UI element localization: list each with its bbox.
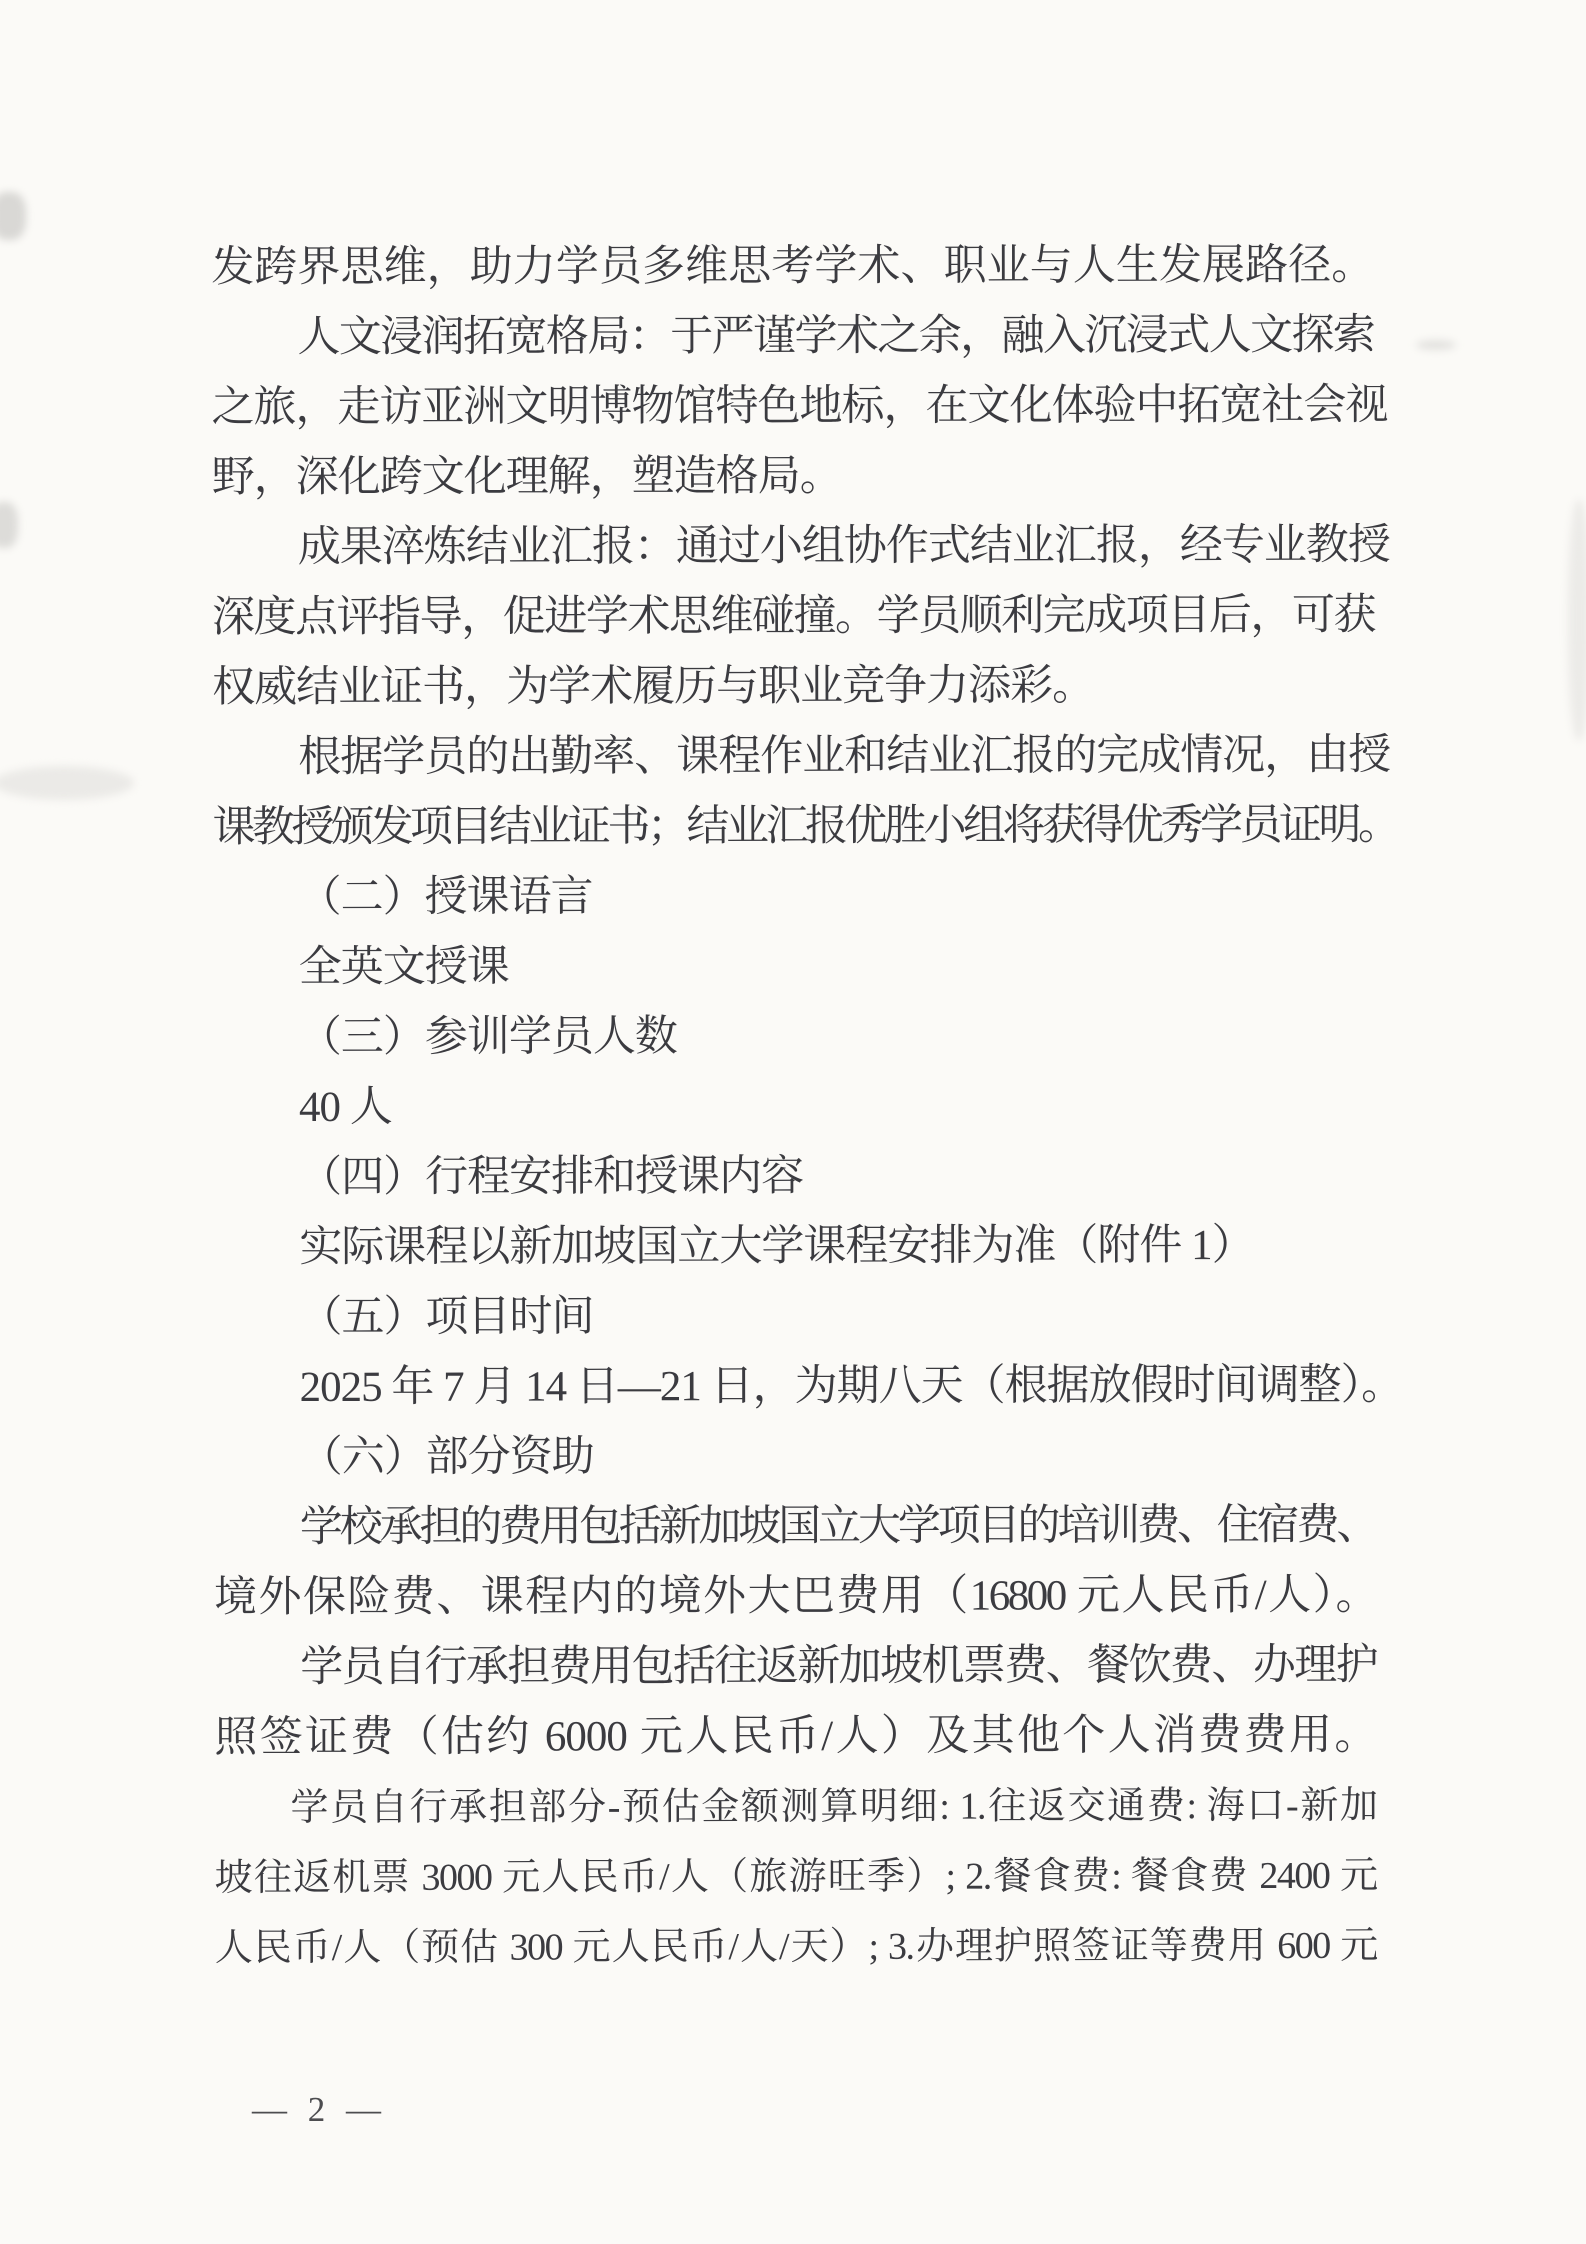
document-body: 发跨界思维，助力学员多维思考学术、职业与人生发展路径。 人文浸润拓宽格局：于严谨… (211, 231, 1377, 1983)
section-heading-3: （三）参训学员人数 (213, 1001, 1375, 1073)
scan-smudge (1416, 340, 1456, 350)
text-line: 之旅，走访亚洲文明博物馆特色地标，在文化体验中拓宽社会视 (211, 371, 1373, 443)
text-line: 发跨界思维，助力学员多维思考学术、职业与人生发展路径。 (211, 231, 1373, 303)
page-number: — 2 — (252, 2088, 387, 2132)
document-page: 发跨界思维，助力学员多维思考学术、职业与人生发展路径。 人文浸润拓宽格局：于严谨… (0, 0, 1586, 2244)
text-line: 照签证费（估约 6000 元人民币/人）及其他个人消费费用。 (214, 1701, 1376, 1773)
text-line: 境外保险费、课程内的境外大巴费用（16800 元人民币/人）。 (214, 1561, 1376, 1633)
scan-smudge (0, 766, 134, 800)
text-line: 2025 年 7 月 14 日—21 日，为期八天（根据放假时间调整）。 (214, 1351, 1376, 1423)
scan-smudge (0, 192, 26, 240)
text-line: 学校承担的费用包括新加坡国立大学项目的培训费、住宿费、 (214, 1491, 1376, 1563)
text-line: 权威结业证书，为学术履历与职业竞争力添彩。 (212, 651, 1374, 723)
text-line: 野，深化跨文化理解，塑造格局。 (212, 441, 1374, 513)
scan-smudge (1568, 500, 1586, 740)
text-line: 学员自行承担费用包括往返新加坡机票费、餐饮费、办理护 (214, 1631, 1376, 1703)
section-heading-5: （五）项目时间 (213, 1281, 1375, 1353)
text-line: 根据学员的出勤率、课程作业和结业汇报的完成情况，由授 (212, 721, 1374, 793)
text-line: 成果淬炼结业汇报：通过小组协作式结业汇报，经专业教授 (212, 511, 1374, 583)
section-heading-6: （六）部分资助 (214, 1421, 1376, 1493)
text-line: 人文浸润拓宽格局：于严谨学术之余，融入沉浸式人文探索 (211, 301, 1373, 373)
text-line: 坡往返机票 3000 元人民币/人（旅游旺季）; 2.餐食费: 餐食费 2400… (215, 1841, 1377, 1913)
text-line: 人民币/人（预估 300 元人民币/人/天）; 3.办理护照签证等费用 600 … (215, 1911, 1377, 1983)
section-heading-2: （二）授课语言 (212, 861, 1374, 933)
text-line: 深度点评指导，促进学术思维碰撞。学员顺利完成项目后，可获 (212, 581, 1374, 653)
section-heading-4: （四）行程安排和授课内容 (213, 1141, 1375, 1213)
text-line: 学员自行承担部分-预估金额测算明细: 1.往返交通费: 海口-新加 (214, 1771, 1376, 1843)
text-line: 课教授颁发项目结业证书；结业汇报优胜小组将获得优秀学员证明。 (212, 791, 1374, 863)
text-line: 全英文授课 (213, 931, 1375, 1003)
scan-smudge (0, 502, 18, 548)
text-line: 40 人 (213, 1071, 1375, 1143)
text-line: 实际课程以新加坡国立大学课程安排为准（附件 1） (213, 1211, 1375, 1283)
